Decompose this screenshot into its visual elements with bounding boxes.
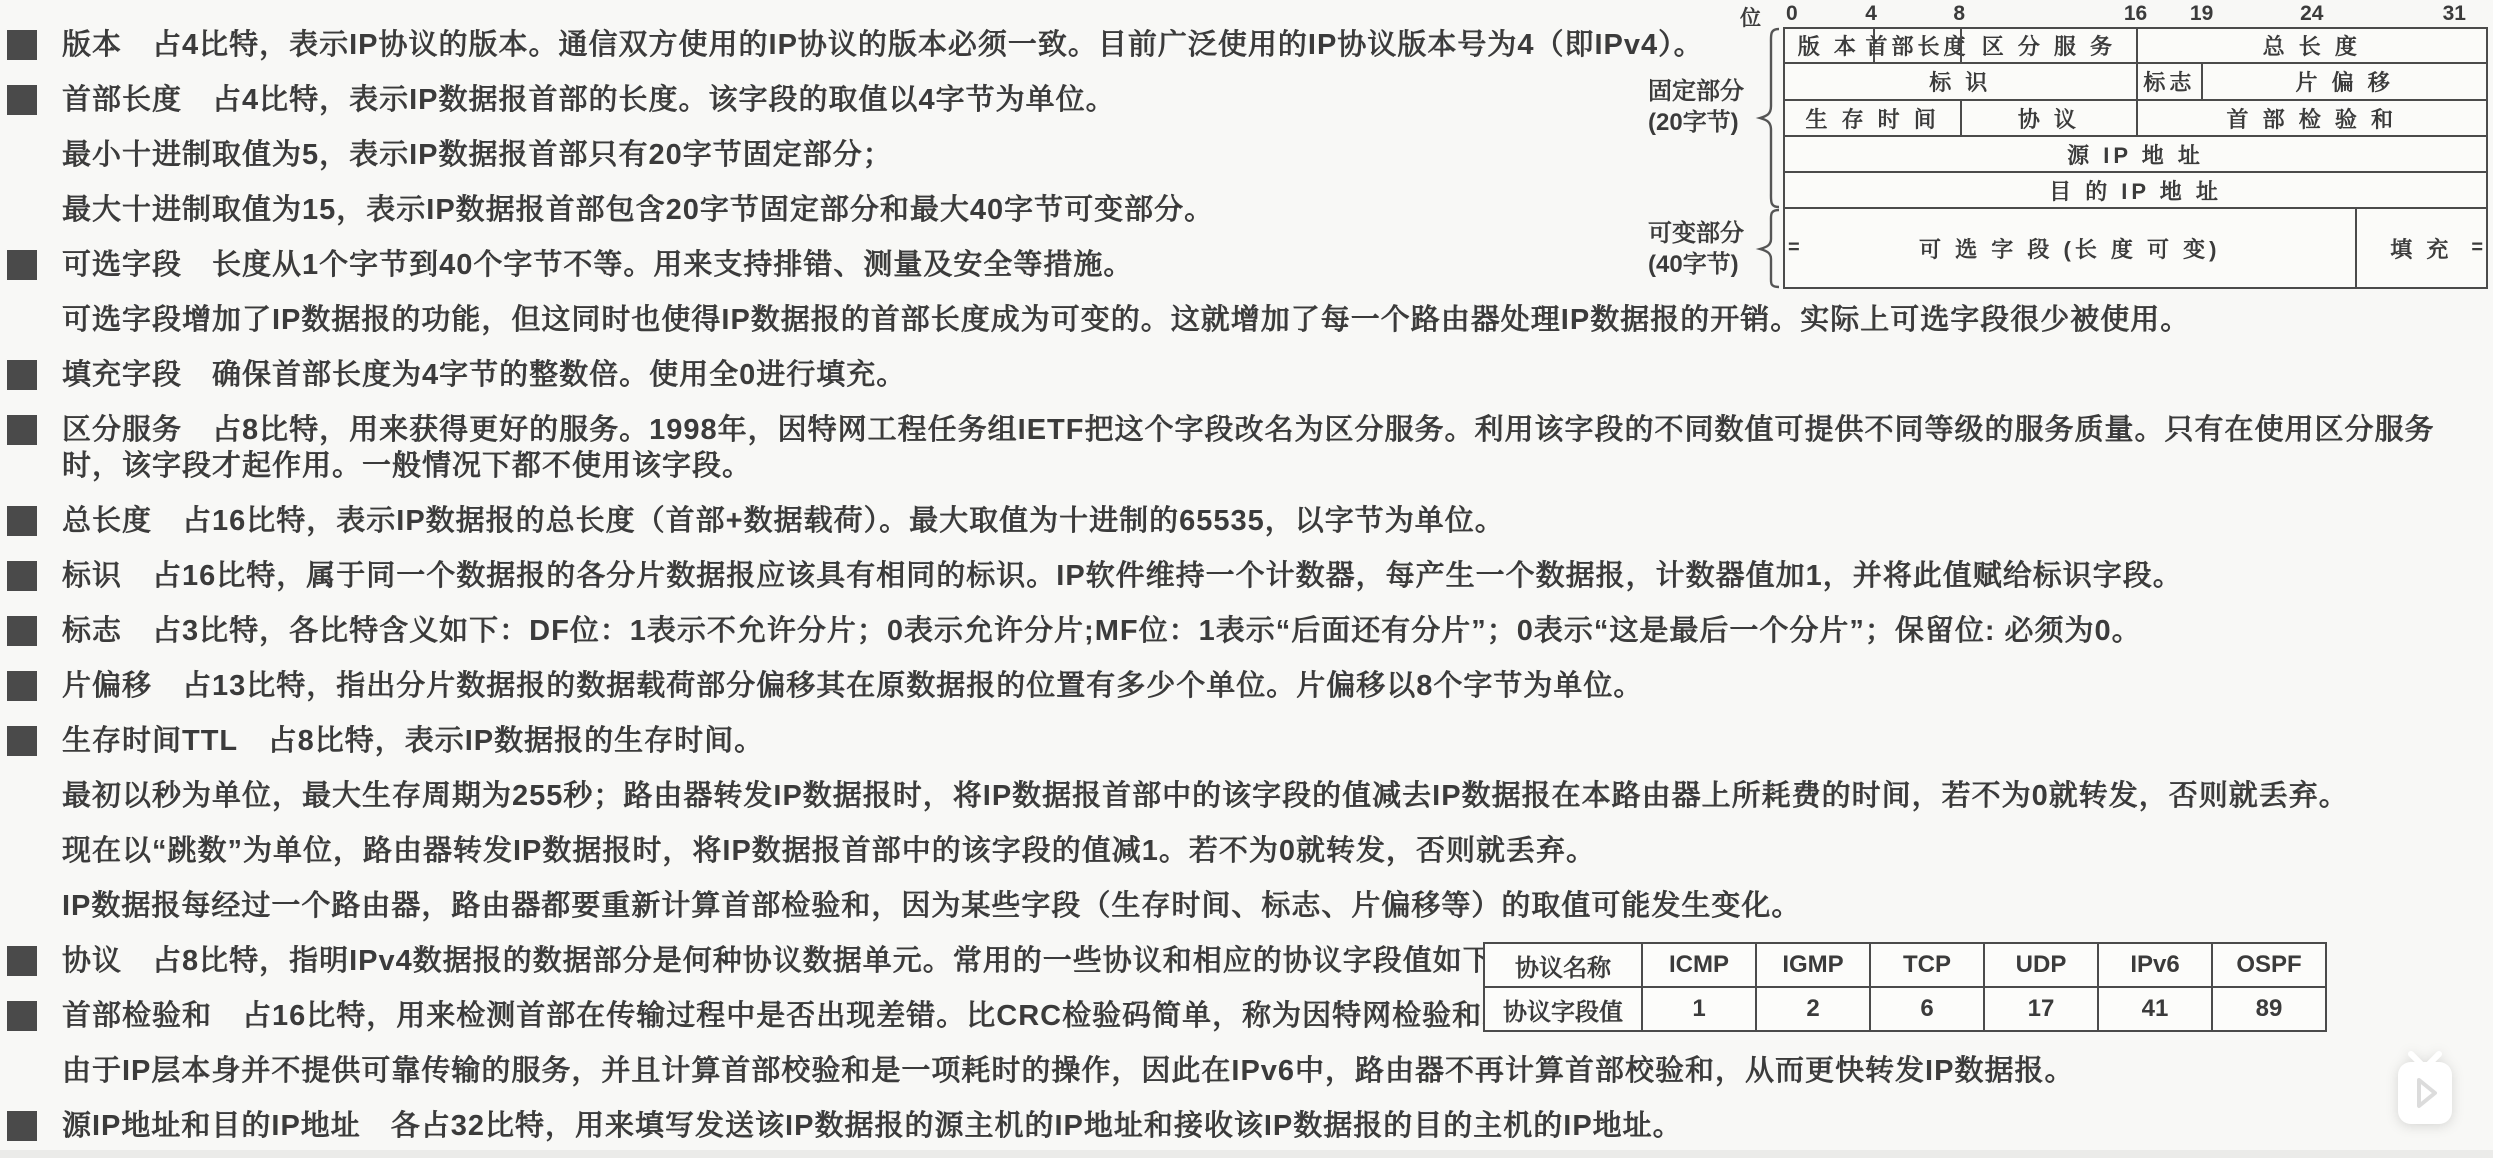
line-text: 版本 占4比特，表示IP协议的版本。通信双方使用的IP协议的版本必须一致。目前广… <box>62 29 1704 61</box>
protocol-table-cell: TCP <box>1870 943 1984 987</box>
protocol-table-row: 协议名称ICMPIGMPTCPUDPIPv6OSPF <box>1484 943 2326 987</box>
header-field-cell: 填 充 <box>2355 209 2486 287</box>
continuation-line: IP数据报每经过一个路由器，路由器都要重新计算首部检验和，因为某些字段（生存时间… <box>0 887 2493 925</box>
line-text: 由于IP层本身并不提供可靠传输的服务，并且计算首部校验和是一项耗时的操作，因此在… <box>62 1055 2074 1087</box>
ip-header-diagram: 位 04816192431 版 本首部长度区 分 服 务总 长 度标 识标志片 … <box>1628 2 2493 302</box>
fixed-part-label: 固定部分 (20字节) <box>1648 76 1744 138</box>
bullet-square-icon <box>7 415 37 445</box>
line-text: 首部检验和 占16比特，用来检测首部在传输过程中是否出现差错。比CRC检验码简单… <box>62 1000 1512 1032</box>
bit-tick: 19 <box>2190 2 2213 26</box>
bullet-line: 区分服务 占8比特，用来获得更好的服务。1998年，因特网工程任务组IETF把这… <box>0 411 2493 449</box>
continuation-line: 最初以秒为单位，最大生存周期为255秒；路由器转发IP数据报时，将IP数据报首部… <box>0 777 2493 815</box>
variable-part-label: 可变部分 (40字节) <box>1648 218 1744 280</box>
bullet-square-icon <box>7 1001 37 1031</box>
line-text: 标识 占16比特，属于同一个数据报的各分片数据报应该具有相同的标识。IP软件维持… <box>62 560 2183 592</box>
header-field-cell: 区 分 服 务 <box>1960 29 2135 62</box>
bullet-square-icon <box>7 726 37 756</box>
bit-tick: 8 <box>1953 2 1965 26</box>
bullet-line: 标识 占16比特，属于同一个数据报的各分片数据报应该具有相同的标识。IP软件维持… <box>0 557 2493 595</box>
protocol-table-cell: ICMP <box>1642 943 1756 987</box>
header-field-cell: 源 IP 地 址 <box>1785 137 2486 171</box>
line-text: 可选字段 长度从1个字节到40个字节不等。用来支持排错、测量及安全等措施。 <box>62 249 1133 281</box>
video-play-button[interactable] <box>2396 1046 2454 1136</box>
bit-tick: 4 <box>1865 2 1877 26</box>
bullet-square-icon <box>7 250 37 280</box>
header-field-cell: 首 部 检 验 和 <box>2136 101 2487 135</box>
header-field-cell: 总 长 度 <box>2136 29 2487 62</box>
bullet-square-icon <box>7 1111 37 1141</box>
line-text: 区分服务 占8比特，用来获得更好的服务。1998年，因特网工程任务组IETF把这… <box>62 414 2434 446</box>
continuation-line: 时，该字段才起作用。一般情况下都不使用该字段。 <box>0 447 2493 485</box>
line-text: IP数据报每经过一个路由器，路由器都要重新计算首部检验和，因为某些字段（生存时间… <box>62 890 1801 922</box>
line-text: 现在以“跳数”为单位，路由器转发IP数据报时，将IP数据报首部中的该字段的值减1… <box>62 835 1596 867</box>
bit-tick: 0 <box>1786 2 1798 26</box>
line-text: 标志 占3比特，各比特含义如下：DF位：1表示不允许分片；0表示允许分片;MF位… <box>62 615 2142 647</box>
header-grid: 版 本首部长度区 分 服 务总 长 度标 识标志片 偏 移生 存 时 间协 议首… <box>1783 27 2488 289</box>
protocol-table-cell: 41 <box>2098 987 2212 1031</box>
protocol-table-cell: 1 <box>1642 987 1756 1031</box>
header-row: 标 识标志片 偏 移 <box>1783 64 2488 101</box>
line-text: 源IP地址和目的IP地址 各占32比特，用来填写发送该IP数据报的源主机的IP地… <box>62 1110 1683 1142</box>
protocol-table-cell: 17 <box>1984 987 2098 1031</box>
bit-tick: 31 <box>2443 2 2466 26</box>
header-field-cell: 生 存 时 间 <box>1785 101 1960 135</box>
header-field-cell: 目 的 IP 地 址 <box>1785 173 2486 207</box>
bottom-edge-strip <box>0 1150 2493 1158</box>
protocol-table-row: 协议字段值126174189 <box>1484 987 2326 1031</box>
line-text: 可选字段增加了IP数据报的功能，但这同时也使得IP数据报的首部长度成为可变的。这… <box>62 304 2190 336</box>
header-field-cell: 版 本 <box>1785 29 1873 62</box>
bullet-line: 片偏移 占13比特，指出分片数据报的数据载荷部分偏移其在原数据报的位置有多少个单… <box>0 667 2493 705</box>
variable-part-brace <box>1754 208 1782 290</box>
bullet-square-icon <box>7 30 37 60</box>
continuation-line: 由于IP层本身并不提供可靠传输的服务，并且计算首部校验和是一项耗时的操作，因此在… <box>0 1052 2493 1090</box>
bullet-square-icon <box>7 616 37 646</box>
bit-tick: 24 <box>2300 2 2323 26</box>
protocol-table-cell: IPv6 <box>2098 943 2212 987</box>
bullet-square-icon <box>7 671 37 701</box>
header-row: 生 存 时 间协 议首 部 检 验 和 <box>1783 101 2488 137</box>
bullet-square-icon <box>7 561 37 591</box>
header-field-cell: 标志 <box>2136 64 2202 99</box>
header-row: 目 的 IP 地 址 <box>1783 173 2488 209</box>
variable-length-mark: = <box>2471 237 2483 260</box>
header-field-cell: 首部长度 <box>1873 29 1961 62</box>
protocol-table-cell: 2 <box>1756 987 1870 1031</box>
bullet-line: 填充字段 确保首部长度为4字节的整数倍。使用全0进行填充。 <box>0 356 2493 394</box>
variable-length-mark: = <box>1788 237 1800 260</box>
bullet-square-icon <box>7 506 37 536</box>
continuation-line: 可选字段增加了IP数据报的功能，但这同时也使得IP数据报的首部长度成为可变的。这… <box>0 301 2493 339</box>
header-field-cell: 可 选 字 段 (长 度 可 变) <box>1785 209 2355 287</box>
line-text: 最大十进制取值为15，表示IP数据报首部包含20字节固定部分和最大40字节可变部… <box>62 194 1214 226</box>
header-row: 源 IP 地 址 <box>1783 137 2488 173</box>
bullet-square-icon <box>7 360 37 390</box>
bit-tick: 16 <box>2124 2 2147 26</box>
protocol-table-cell: IGMP <box>1756 943 1870 987</box>
bullet-square-icon <box>7 946 37 976</box>
protocol-table-cell: 6 <box>1870 987 1984 1031</box>
bullet-line: 源IP地址和目的IP地址 各占32比特，用来填写发送该IP数据报的源主机的IP地… <box>0 1107 2493 1145</box>
protocol-value-table: 协议名称ICMPIGMPTCPUDPIPv6OSPF协议字段值126174189 <box>1483 942 2327 1032</box>
line-text: 生存时间TTL 占8比特，表示IP数据报的生存时间。 <box>62 725 764 757</box>
line-text: 最初以秒为单位，最大生存周期为255秒；路由器转发IP数据报时，将IP数据报首部… <box>62 780 2349 812</box>
bullet-square-icon <box>7 85 37 115</box>
bullet-line: 生存时间TTL 占8比特，表示IP数据报的生存时间。 <box>0 722 2493 760</box>
bullet-line: 总长度 占16比特，表示IP数据报的总长度（首部+数据载荷）。最大取值为十进制的… <box>0 502 2493 540</box>
line-text: 协议 占8比特，指明IPv4数据报的数据部分是何种协议数据单元。常用的一些协议和… <box>62 945 1523 977</box>
line-text: 首部长度 占4比特，表示IP数据报首部的长度。该字段的取值以4字节为单位。 <box>62 84 1116 116</box>
header-row: 可 选 字 段 (长 度 可 变)填 充== <box>1783 209 2488 289</box>
fixed-part-brace <box>1754 27 1782 209</box>
continuation-line: 现在以“跳数”为单位，路由器转发IP数据报时，将IP数据报首部中的该字段的值减1… <box>0 832 2493 870</box>
header-field-cell: 片 偏 移 <box>2201 64 2486 99</box>
protocol-table-cell: 89 <box>2212 987 2326 1031</box>
protocol-table-cell: UDP <box>1984 943 2098 987</box>
protocol-table-cell: OSPF <box>2212 943 2326 987</box>
line-text: 总长度 占16比特，表示IP数据报的总长度（首部+数据载荷）。最大取值为十进制的… <box>62 505 1505 537</box>
header-row: 版 本首部长度区 分 服 务总 长 度 <box>1783 27 2488 64</box>
line-text: 填充字段 确保首部长度为4字节的整数倍。使用全0进行填充。 <box>62 359 906 391</box>
protocol-table-header-cell: 协议字段值 <box>1484 987 1642 1031</box>
line-text: 片偏移 占13比特，指出分片数据报的数据载荷部分偏移其在原数据报的位置有多少个单… <box>62 670 1643 702</box>
header-field-cell: 标 识 <box>1785 64 2136 99</box>
line-text: 时，该字段才起作用。一般情况下都不使用该字段。 <box>62 450 752 482</box>
header-field-cell: 协 议 <box>1960 101 2135 135</box>
protocol-table-header-cell: 协议名称 <box>1484 943 1642 987</box>
line-text: 最小十进制取值为5，表示IP数据报首部只有20字节固定部分； <box>62 139 893 171</box>
bullet-line: 标志 占3比特，各比特含义如下：DF位：1表示不允许分片；0表示允许分片;MF位… <box>0 612 2493 650</box>
